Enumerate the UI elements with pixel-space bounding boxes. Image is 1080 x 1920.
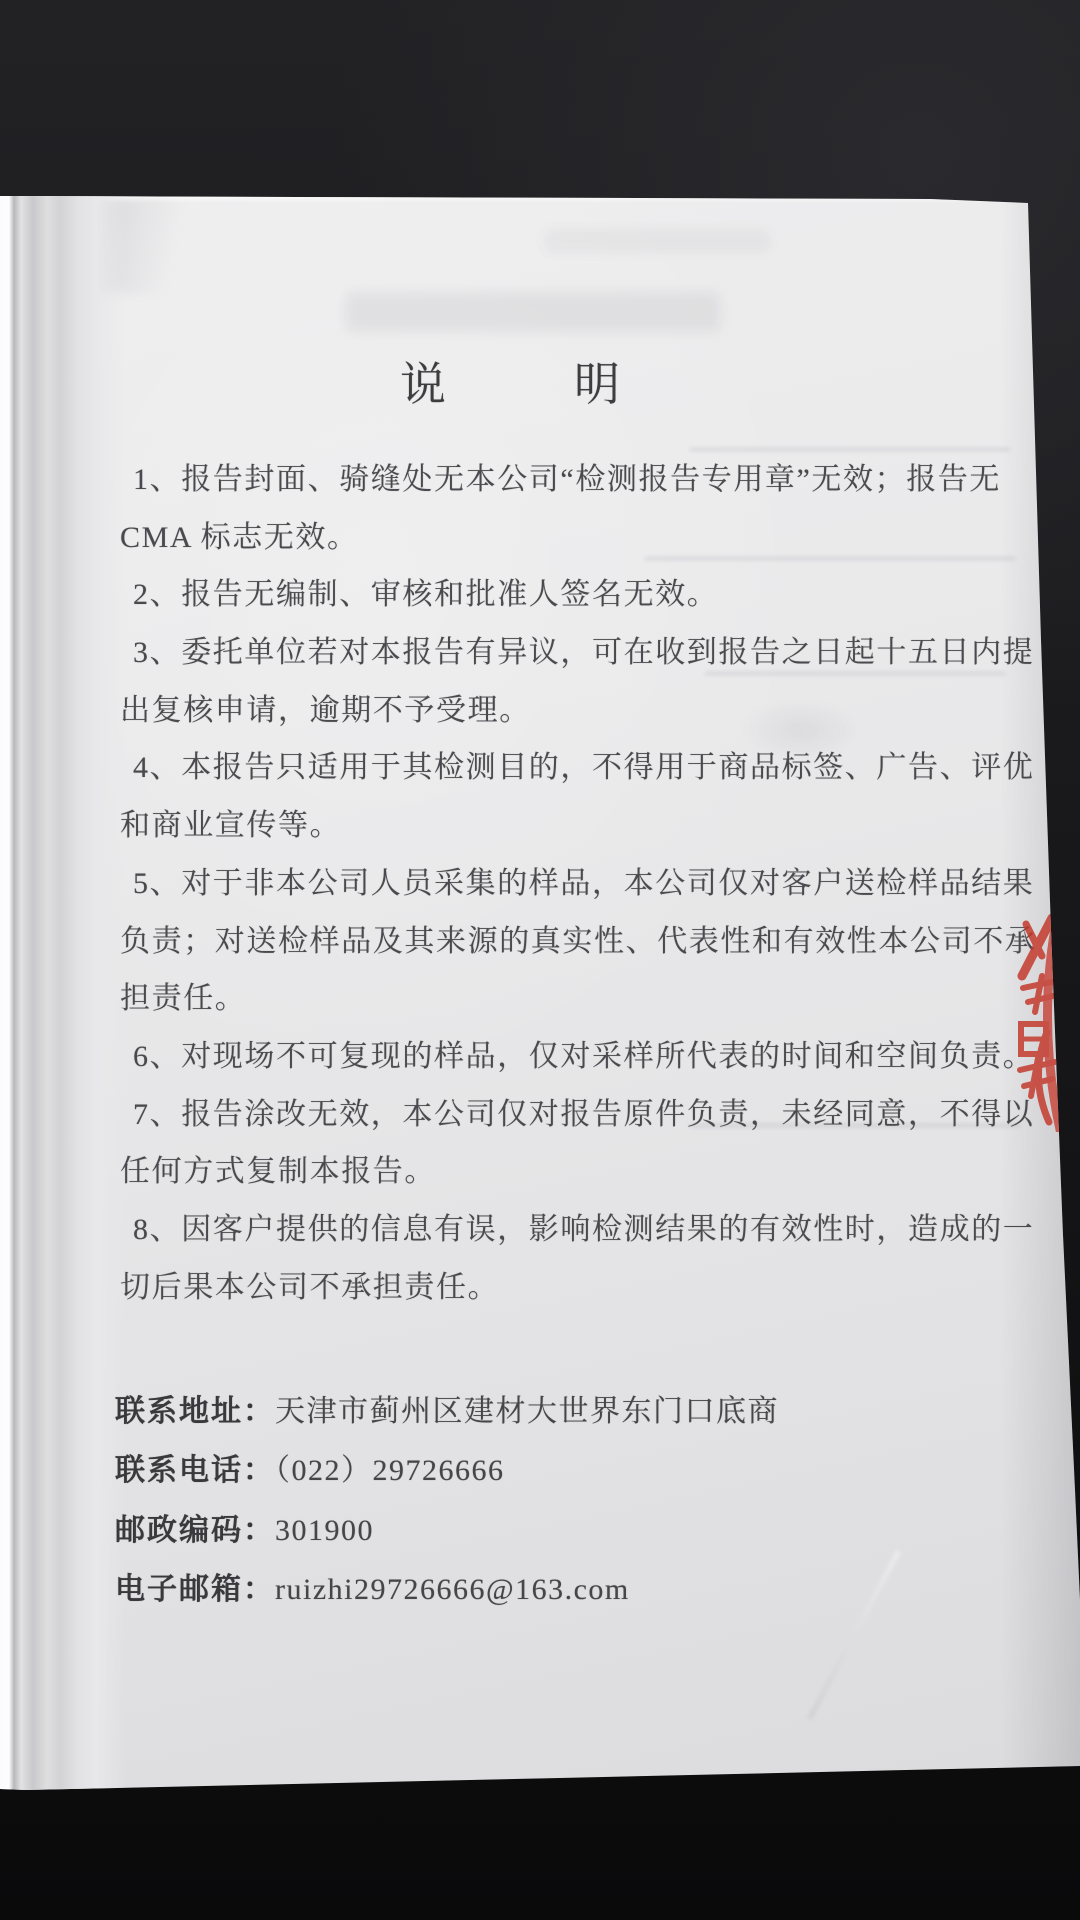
paper-crease: [808, 1550, 901, 1720]
contact-value: （022）29726666: [275, 1454, 505, 1487]
note-line: 出复核申请，逾期不予受理。: [120, 682, 1036, 740]
document-page: 说 明 1、报告封面、骑缝处无本公司“检测报告专用章”无效；报告无 CMA 标志…: [0, 0, 1080, 1920]
page-title: 说 明: [0, 348, 1032, 414]
note-line: 2、报告无编制、审核和批准人签名无效。: [120, 566, 1036, 624]
note-line: CMA 标志无效。: [120, 509, 1036, 567]
note-line: 6、对现场不可复现的样品，仅对采样所代表的时间和空间负责。: [120, 1028, 1036, 1086]
contact-label: 联系地址：: [115, 1395, 275, 1428]
contact-row: 联系电话：（022）29726666: [115, 1441, 779, 1500]
contact-row: 联系地址：天津市蓟州区建材大世界东门口底商: [115, 1382, 779, 1441]
red-seal-fragment: [995, 912, 1080, 1132]
contact-value: ruizhi29726666@163.com: [275, 1573, 630, 1606]
note-line: 切后果本公司不承担责任。: [120, 1259, 1036, 1317]
note-line: 8、因客户提供的信息有误，影响检测结果的有效性时，造成的一: [120, 1201, 1036, 1259]
note-line: 任何方式复制本报告。: [120, 1143, 1036, 1201]
bleed-through-smudge: [345, 292, 720, 332]
contact-label: 电子邮箱：: [115, 1573, 275, 1606]
note-line: 7、报告涂改无效，本公司仅对报告原件负责，未经同意，不得以: [120, 1086, 1036, 1144]
note-line: 担责任。: [120, 970, 1036, 1028]
photo-background: 说 明 1、报告封面、骑缝处无本公司“检测报告专用章”无效；报告无 CMA 标志…: [0, 0, 1080, 1920]
contact-row: 电子邮箱：ruizhi29726666@163.com: [115, 1560, 779, 1619]
contact-label: 联系电话：: [115, 1454, 275, 1487]
page-stack-edge: [0, 196, 125, 1792]
bleed-through-smudge: [545, 230, 770, 252]
note-line: 4、本报告只适用于其检测目的，不得用于商品标签、广告、评优: [120, 739, 1036, 797]
contact-value: 301900: [275, 1514, 374, 1547]
note-line: 1、报告封面、骑缝处无本公司“检测报告专用章”无效；报告无: [120, 451, 1036, 509]
note-line: 负责；对送检样品及其来源的真实性、代表性和有效性本公司不承: [120, 913, 1036, 971]
note-line: 和商业宣传等。: [120, 797, 1036, 855]
contact-value: 天津市蓟州区建材大世界东门口底商: [275, 1395, 779, 1428]
contact-row: 邮政编码：301900: [115, 1501, 779, 1560]
contact-label: 邮政编码：: [115, 1514, 275, 1547]
note-line: 5、对于非本公司人员采集的样品，本公司仅对客户送检样品结果: [120, 855, 1036, 913]
note-line: 3、委托单位若对本报告有异议，可在收到报告之日起十五日内提: [120, 624, 1036, 682]
contact-list: 联系地址：天津市蓟州区建材大世界东门口底商 联系电话：（022）29726666…: [115, 1382, 779, 1619]
notes-list: 1、报告封面、骑缝处无本公司“检测报告专用章”无效；报告无 CMA 标志无效。 …: [120, 451, 1036, 1316]
